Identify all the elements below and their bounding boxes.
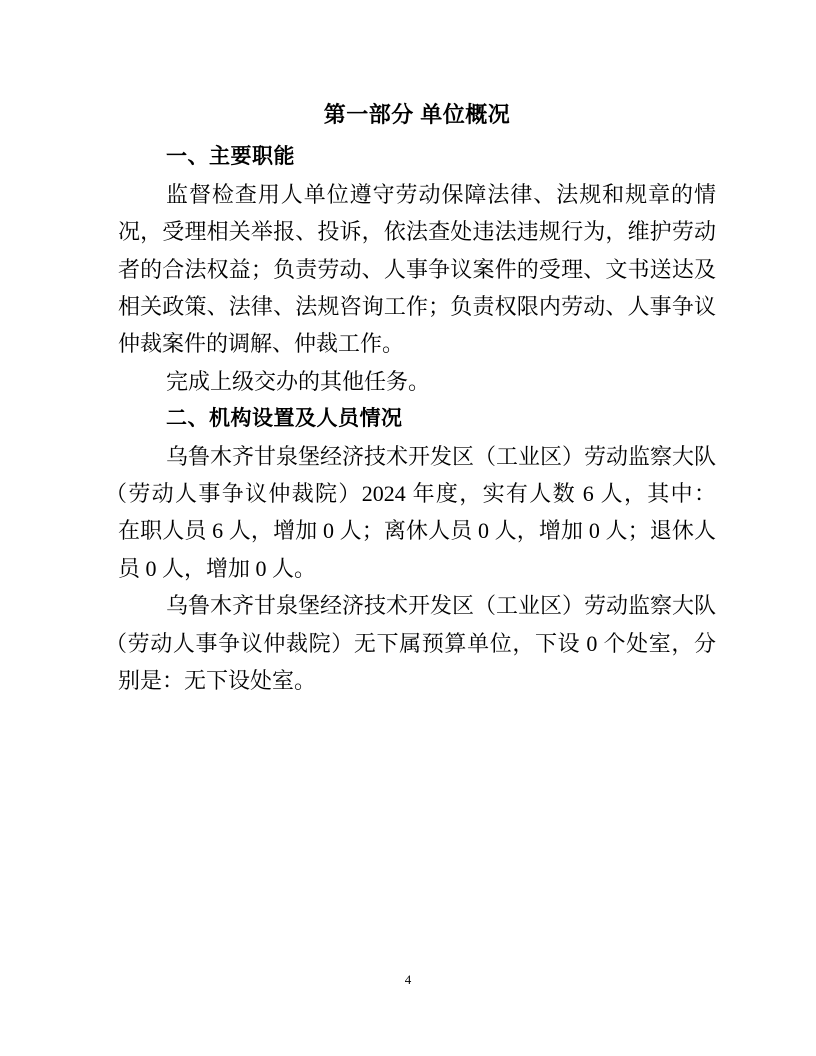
paragraph-line: 监督检查用人单位遵守劳动保障法律、法规和规章的情 [118, 176, 716, 213]
paragraph-line: （劳动人事争议仲裁院）2024 年度，实有人数 6 人，其中： [118, 475, 716, 512]
paragraph-line: 乌鲁木齐甘泉堡经济技术开发区（工业区）劳动监察大队 [118, 587, 716, 624]
section-1-heading: 一、主要职能 [118, 138, 716, 175]
paragraph-line: 仲裁案件的调解、仲裁工作。 [118, 325, 716, 362]
paragraph-line: 完成上级交办的其他任务。 [118, 363, 716, 400]
paragraph-line: 别是：无下设处室。 [118, 662, 716, 699]
page-number: 4 [0, 972, 816, 988]
section-1-paragraph-1: 监督检查用人单位遵守劳动保障法律、法规和规章的情 况，受理相关举报、投诉，依法查… [118, 176, 716, 363]
paragraph-line: 乌鲁木齐甘泉堡经济技术开发区（工业区）劳动监察大队 [118, 438, 716, 475]
section-2-paragraph-2: 乌鲁木齐甘泉堡经济技术开发区（工业区）劳动监察大队 （劳动人事争议仲裁院）无下属… [118, 587, 716, 699]
paragraph-line: （劳动人事争议仲裁院）无下属预算单位，下设 0 个处室，分 [118, 625, 716, 662]
section-2-paragraph-1: 乌鲁木齐甘泉堡经济技术开发区（工业区）劳动监察大队 （劳动人事争议仲裁院）202… [118, 438, 716, 588]
paragraph-line: 者的合法权益；负责劳动、人事争议案件的受理、文书送达及 [118, 251, 716, 288]
document-page: 第一部分 单位概况 一、主要职能 监督检查用人单位遵守劳动保障法律、法规和规章的… [0, 0, 816, 1056]
section-2-heading: 二、机构设置及人员情况 [118, 400, 716, 437]
document-content: 第一部分 单位概况 一、主要职能 监督检查用人单位遵守劳动保障法律、法规和规章的… [118, 96, 716, 700]
paragraph-line: 员 0 人，增加 0 人。 [118, 550, 716, 587]
page-title: 第一部分 单位概况 [118, 96, 716, 133]
paragraph-line: 况，受理相关举报、投诉，依法查处违法违规行为，维护劳动 [118, 213, 716, 250]
section-1-paragraph-2: 完成上级交办的其他任务。 [118, 363, 716, 400]
paragraph-line: 相关政策、法律、法规咨询工作；负责权限内劳动、人事争议 [118, 288, 716, 325]
paragraph-line: 在职人员 6 人，增加 0 人；离休人员 0 人，增加 0 人；退休人 [118, 512, 716, 549]
